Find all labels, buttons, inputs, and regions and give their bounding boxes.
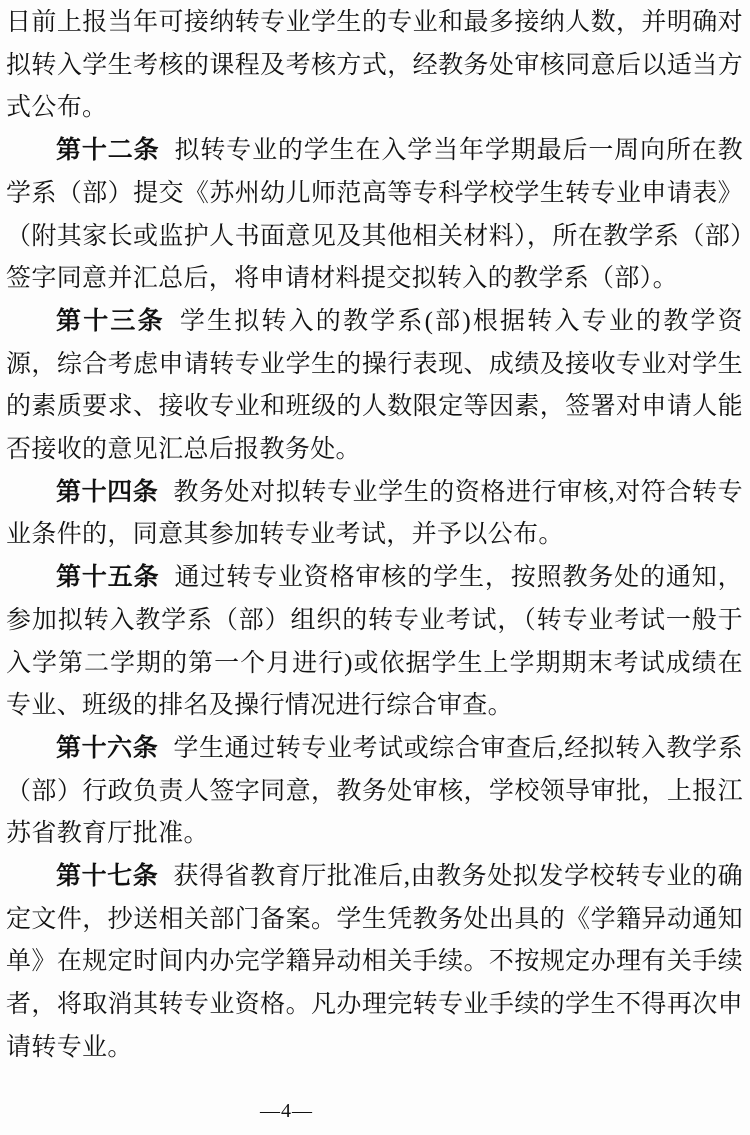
document-page: 日前上报当年可接纳转专业学生的专业和最多接纳人数，并明确对拟转入学生考核的课程及… bbox=[0, 0, 750, 1135]
paragraph-text: 获得省教育厅批准后,由教务处拟发学校转专业的确定文件，抄送相关部门备案。学生凭教… bbox=[6, 863, 743, 1061]
paragraph-text: 日前上报当年可接纳转专业学生的专业和最多接纳人数，并明确对拟转入学生考核的课程及… bbox=[6, 9, 743, 121]
clause-number: 第十六条 bbox=[56, 735, 158, 762]
paragraph-article-15: 第十五条通过转专业资格审核的学生，按照教务处的通知，参加拟转入教学系（部）组织的… bbox=[6, 557, 743, 728]
clause-number: 第十四条 bbox=[56, 479, 158, 506]
paragraph-continuation: 日前上报当年可接纳转专业学生的专业和最多接纳人数，并明确对拟转入学生考核的课程及… bbox=[6, 2, 743, 130]
clause-number: 第十二条 bbox=[56, 137, 159, 164]
clause-number: 第十三条 bbox=[56, 308, 165, 335]
paragraph-article-16: 第十六条学生通过转专业考试或综合审查后,经拟转入教学系（部）行政负责人签字同意，… bbox=[6, 728, 743, 856]
clause-number: 第十五条 bbox=[56, 564, 159, 591]
page-number: —4— bbox=[260, 1100, 313, 1123]
paragraph-article-14: 第十四条教务处对拟转专业学生的资格进行审核,对符合转专业条件的，同意其参加转专业… bbox=[6, 472, 743, 557]
document-body: 日前上报当年可接纳转专业学生的专业和最多接纳人数，并明确对拟转入学生考核的课程及… bbox=[0, 0, 750, 1070]
paragraph-article-13: 第十三条学生拟转入的教学系(部)根据转入专业的教学资源，综合考虑申请转专业学生的… bbox=[6, 301, 743, 472]
paragraph-article-17: 第十七条获得省教育厅批准后,由教务处拟发学校转专业的确定文件，抄送相关部门备案。… bbox=[6, 856, 743, 1070]
paragraph-article-12: 第十二条拟转专业的学生在入学当年学期最后一周向所在教学系（部）提交《苏州幼儿师范… bbox=[6, 130, 743, 301]
clause-number: 第十七条 bbox=[56, 863, 158, 890]
